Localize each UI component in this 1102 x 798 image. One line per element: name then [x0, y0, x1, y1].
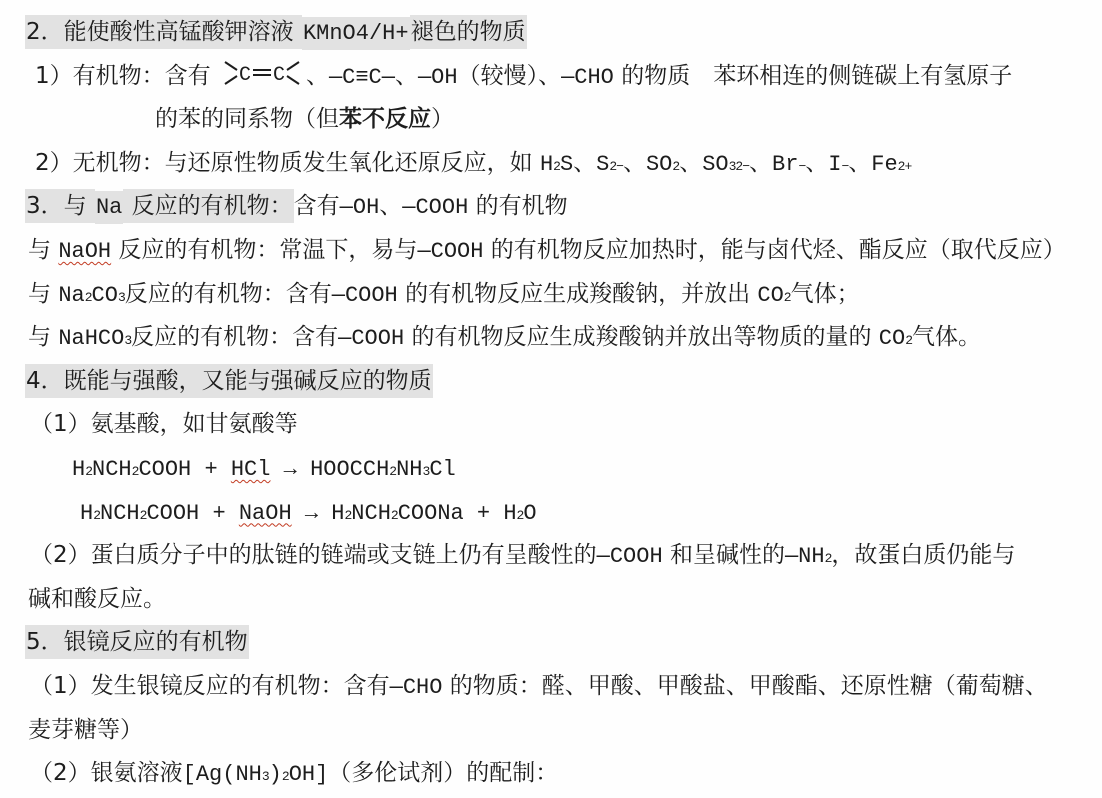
text-segment: 的物质：醛、甲酸、甲酸盐、甲酸酯、还原性糖（葡萄糖、 [442, 673, 1047, 699]
item-amino-acid: （1）氨基酸，如甘氨酸等 [0, 403, 1102, 447]
text-segment: COONa + H [398, 501, 517, 526]
equation-hcl: H2NCH2COOH + HCl → HOOCCH2NH3Cl [0, 447, 1102, 491]
text-segment: 2．能使酸性高锰酸钾溶液 [25, 15, 302, 49]
text-segment: 碱和酸反应。 [28, 586, 166, 612]
item-tollens: （2）银氨溶液[Ag(NH3)2OH]（多伦试剂）的配制： [0, 752, 1102, 796]
item-organic-cont: 的苯的同系物（但苯不反应） [0, 98, 1102, 142]
text-segment: 2 [553, 159, 560, 174]
text-segment: S [596, 152, 609, 177]
text-segment: SO [702, 152, 728, 177]
text-segment: NCH [92, 457, 132, 482]
item-protein-cont: 碱和酸反应。 [0, 578, 1102, 622]
text-segment: ，故蛋白质仍能与 [831, 542, 1015, 568]
text-segment: 与 [28, 281, 58, 307]
text-segment: 、 [379, 193, 402, 219]
text-segment: 褪色的物质 [410, 15, 527, 49]
text-segment: CO [92, 283, 118, 308]
text-segment: —CHO [390, 675, 443, 700]
text-segment: （1）发生银镜反应的有机物：含有 [30, 673, 390, 699]
text-segment: 含有 [294, 193, 340, 219]
text-segment: Na [58, 283, 84, 308]
svg-text:C: C [273, 64, 285, 87]
document-page: 2．能使酸性高锰酸钾溶液 KMnO4/H+褪色的物质1）有机物：含有 C C 、… [0, 0, 1102, 798]
text-segment: 反应的有机物： [123, 189, 293, 223]
text-segment: 、 [306, 63, 329, 89]
text-segment: 的有机物反应生成羧酸钠，并放出 [398, 281, 758, 307]
text-segment: 的有机物 [468, 193, 567, 219]
text-segment: —CHO [561, 65, 614, 90]
text-segment: CO [757, 283, 783, 308]
text-segment: Fe [871, 152, 897, 177]
text-segment: KMnO4/H+ [302, 17, 410, 50]
item-silver-mirror-cont: 麦芽糖等） [0, 709, 1102, 753]
text-segment: NCH [100, 501, 140, 526]
text-segment: 2）无机物：与还原性物质发生氧化还原反应，如 [35, 150, 540, 176]
text-segment: —COOH [417, 239, 483, 264]
text-segment: 4．既能与强酸，又能与强碱反应的物质 [25, 364, 433, 398]
text-segment: → [270, 457, 310, 482]
text-segment: （2）银氨溶液 [30, 760, 183, 786]
text-segment: Na [95, 191, 123, 224]
text-segment: HOOCCH [310, 457, 389, 482]
text-segment: —C≡C— [329, 65, 395, 90]
text-segment: （1）氨基酸，如甘氨酸等 [30, 411, 298, 437]
text-segment: 反应的有机物：常温下，易与 [111, 237, 417, 263]
text-segment: 与 [28, 237, 58, 263]
text-segment: COOH + [146, 501, 238, 526]
text-segment: Cl [429, 457, 455, 482]
text-segment: （较慢）、 [458, 63, 562, 89]
item-protein: （2）蛋白质分子中的肽链的链端或支链上仍有呈酸性的—COOH 和呈碱性的—NH2… [0, 534, 1102, 578]
para-na2co3: 与 Na2CO3反应的有机物：含有—COOH 的有机物反应生成羧酸钠，并放出 C… [0, 273, 1102, 317]
text-segment: —COOH [402, 195, 468, 220]
misspelled-term: NaOH [239, 501, 292, 526]
misspelled-term: NaOH [58, 239, 111, 264]
text-segment: 1）有机物：含有 [35, 63, 218, 89]
text-segment: 的苯的同系物（但 [155, 106, 339, 132]
para-naoh: 与 NaOH 反应的有机物：常温下，易与—COOH 的有机物反应加热时，能与卤代… [0, 229, 1102, 273]
text-segment: 2 [93, 508, 100, 523]
text-segment: I [828, 152, 841, 177]
text-segment: → [292, 501, 332, 526]
text-segment: ） [431, 106, 454, 132]
text-segment: 2− [609, 159, 623, 174]
text-segment: —NH [785, 544, 825, 569]
text-segment: SO [646, 152, 672, 177]
text-segment: 2 [282, 769, 289, 784]
text-segment: H [540, 152, 553, 177]
text-segment: 2+ [898, 159, 912, 174]
text-segment: 的有机物反应生成羧酸钠并放出等物质的量的 [404, 324, 879, 350]
item-inorganic: 2）无机物：与还原性物质发生氧化还原反应，如 H2S、S2−、SO2、SO32−… [0, 142, 1102, 186]
text-segment: 2 [905, 333, 912, 348]
text-segment: 2 [85, 290, 92, 305]
svg-text:C: C [239, 64, 251, 87]
text-segment: —OH [418, 65, 458, 90]
text-segment: 2 [85, 464, 92, 479]
heading-3: 3．与 Na 反应的有机物：含有—OH、—COOH 的有机物 [0, 185, 1102, 229]
text-segment: —COOH [332, 283, 398, 308]
text-segment: COOH + [138, 457, 230, 482]
text-segment: 、 [395, 63, 418, 89]
text-segment: CO [879, 326, 905, 351]
text-segment: 气体； [791, 281, 860, 307]
text-segment: 、 [679, 150, 702, 176]
text-segment: （2）蛋白质分子中的肽链的链端或支链上仍有呈酸性的 [30, 542, 597, 568]
text-segment: 3 [262, 769, 269, 784]
text-segment: 反应的有机物：含有 [125, 281, 332, 307]
misspelled-term: HCl [231, 457, 271, 482]
text-segment: 的物质 苯环相连的侧链碳上有氢原子 [614, 63, 1012, 89]
item-silver-mirror: （1）发生银镜反应的有机物：含有—CHO 的物质：醛、甲酸、甲酸盐、甲酸酯、还原… [0, 665, 1102, 709]
text-segment: OH] [289, 762, 329, 787]
text-segment: 苯不反应 [339, 106, 431, 132]
text-segment: 气体。 [912, 324, 981, 350]
text-segment: 2 [784, 290, 791, 305]
text-segment: —COOH [597, 544, 663, 569]
text-segment: 、 [848, 150, 871, 176]
text-segment: —OH [340, 195, 380, 220]
alkene-structure-icon: C C [222, 57, 302, 89]
text-segment: 反应的有机物：含有 [131, 324, 338, 350]
text-segment: ) [269, 762, 282, 787]
text-segment: Br [772, 152, 798, 177]
para-nahco3: 与 NaHCO3反应的有机物：含有—COOH 的有机物反应生成羧酸钠并放出等物质… [0, 316, 1102, 360]
text-segment: [Ag(NH [183, 762, 262, 787]
text-segment: 、 [749, 150, 772, 176]
text-segment: NaHCO [58, 326, 124, 351]
text-segment: S [560, 152, 573, 177]
text-segment: 、 [573, 150, 596, 176]
text-segment: 、 [623, 150, 646, 176]
item-organic: 1）有机物：含有 C C 、—C≡C—、—OH（较慢）、—CHO 的物质 苯环相… [0, 55, 1102, 99]
text-segment: H [80, 501, 93, 526]
text-segment: H [331, 501, 344, 526]
text-segment: —COOH [338, 326, 404, 351]
text-segment: 2− [735, 159, 749, 174]
text-segment: 麦芽糖等） [28, 717, 143, 743]
text-segment: NH [396, 457, 422, 482]
text-segment: 的有机物反应加热时，能与卤代烃、酯反应（取代反应） [483, 237, 1065, 263]
text-segment: O [523, 501, 536, 526]
heading-4: 4．既能与强酸，又能与强碱反应的物质 [0, 360, 1102, 404]
text-segment: （多伦试剂）的配制： [328, 760, 558, 786]
text-segment: 3 [118, 290, 125, 305]
heading-2: 2．能使酸性高锰酸钾溶液 KMnO4/H+褪色的物质 [0, 11, 1102, 55]
text-segment: 和呈碱性的 [663, 542, 785, 568]
text-segment: H [72, 457, 85, 482]
heading-5: 5．银镜反应的有机物 [0, 621, 1102, 665]
text-segment: 5．银镜反应的有机物 [25, 625, 249, 659]
text-segment: 与 [28, 324, 58, 350]
text-segment: NCH [351, 501, 391, 526]
equation-naoh: H2NCH2COOH + NaOH → H2NCH2COONa + H2O [0, 491, 1102, 535]
text-segment: 、 [805, 150, 828, 176]
text-segment: 3．与 [25, 189, 95, 223]
text-segment: 2 [391, 508, 398, 523]
